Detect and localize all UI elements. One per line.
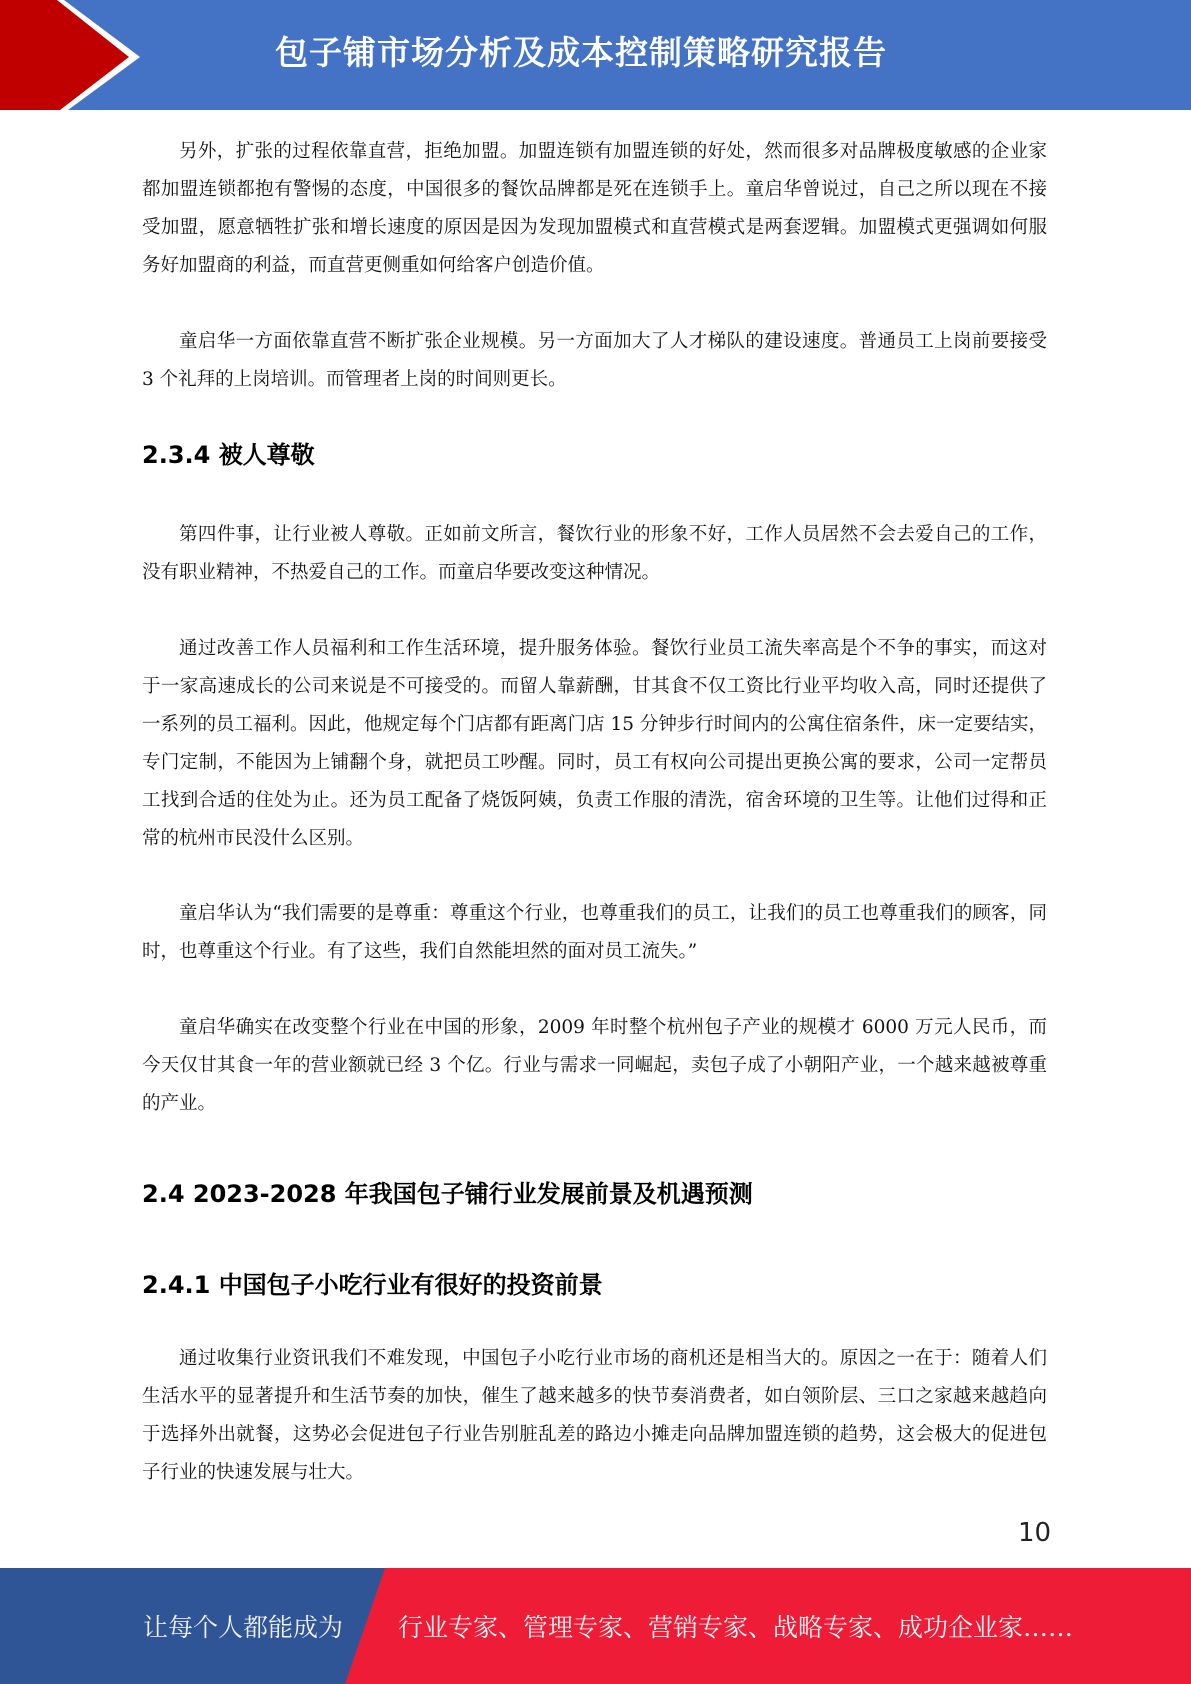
page-number: 10 bbox=[1018, 1518, 1051, 1548]
section-heading: 2.3.4 被人尊敬 bbox=[142, 435, 315, 470]
header-banner: 包子铺市场分析及成本控制策略研究报告 bbox=[0, 0, 1191, 110]
paragraph: 童启华一方面依靠直营不断扩张企业规模。另一方面加大了人才梯队的建设速度。普通员工… bbox=[142, 323, 1047, 399]
document-title: 包子铺市场分析及成本控制策略研究报告 bbox=[275, 27, 887, 74]
paragraph: 另外，扩张的过程依靠直营，拒绝加盟。加盟连锁有加盟连锁的好处，然而很多对品牌极度… bbox=[142, 133, 1047, 285]
paragraph: 通过改善工作人员福利和工作生活环境，提升服务体验。餐饮行业员工流失率高是个不争的… bbox=[142, 630, 1047, 858]
chevron-arrow-icon bbox=[0, 0, 160, 110]
footer-slogan-right: 行业专家、管理专家、营销专家、战略专家、成功企业家…… bbox=[398, 1608, 1073, 1644]
section-heading: 2.4 2023-2028 年我国包子铺行业发展前景及机遇预测 bbox=[142, 1174, 753, 1209]
paragraph: 童启华确实在改变整个行业在中国的形象，2009 年时整个杭州包子产业的规模才 6… bbox=[142, 1009, 1047, 1123]
footer-banner: 让每个人都能成为 行业专家、管理专家、营销专家、战略专家、成功企业家…… bbox=[0, 1568, 1191, 1684]
paragraph: 通过收集行业资讯我们不难发现，中国包子小吃行业市场的商机还是相当大的。原因之一在… bbox=[142, 1340, 1047, 1492]
subsection-heading: 2.4.1 中国包子小吃行业有很好的投资前景 bbox=[142, 1265, 603, 1300]
paragraph: 第四件事，让行业被人尊敬。正如前文所言，餐饮行业的形象不好，工作人员居然不会去爱… bbox=[142, 516, 1047, 592]
paragraph: 童启华认为“我们需要的是尊重：尊重这个行业，也尊重我们的员工，让我们的员工也尊重… bbox=[142, 895, 1047, 971]
footer-slogan-left: 让每个人都能成为 bbox=[143, 1608, 343, 1644]
